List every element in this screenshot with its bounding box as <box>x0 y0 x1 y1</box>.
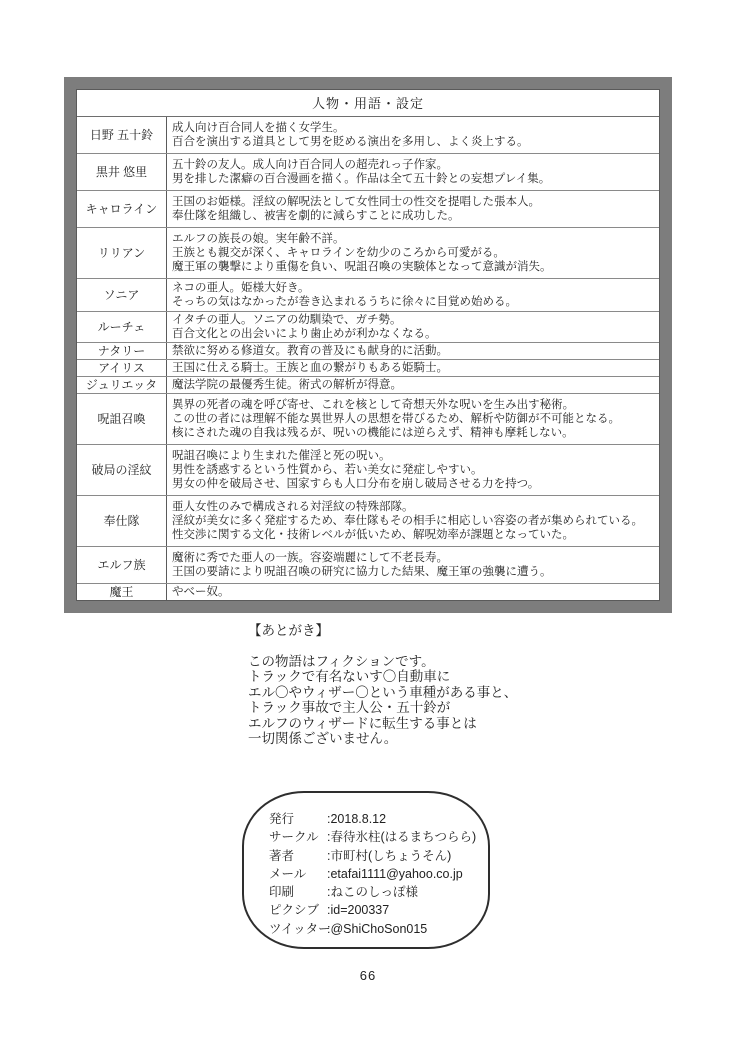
description-text: エルフの族長の娘。実年齢不詳。 王族とも親交が深く、キャロラインを幼少のころから… <box>167 228 554 278</box>
term-cell: キャロライン <box>77 191 167 227</box>
colophon-value: :春待氷柱(はるまちつらら) <box>327 830 476 845</box>
term-cell: ジュリエッタ <box>77 377 167 393</box>
colophon-label: ピクシブ <box>269 903 319 918</box>
glossary-table: 人物・用語・設定 日野 五十鈴 成人向け百合同人を描く女学生。 百合を演出する道… <box>76 89 660 601</box>
table-row: ナタリー 禁欲に努める修道女。教育の普及にも献身的に活動。 <box>77 343 659 360</box>
table-header: 人物・用語・設定 <box>77 90 659 117</box>
description-text: 王国に仕える騎士。王族と血の繋がりもある姫騎士。 <box>167 360 450 376</box>
term-cell: ルーチェ <box>77 312 167 342</box>
description-cell: 呪詛召喚により生まれた催淫と死の呪い。 男性を誘惑するという性質から、若い美女に… <box>167 445 659 495</box>
description-cell: イタチの亜人。ソニアの幼馴染で、ガチ勢。 百合文化との出会いにより歯止めが利かな… <box>167 312 659 342</box>
description-text: やべー奴。 <box>167 584 232 600</box>
description-text: 禁欲に努める修道女。教育の普及にも献身的に活動。 <box>167 343 450 359</box>
colophon-label: 印刷 <box>269 885 294 900</box>
page-number: 66 <box>0 968 736 983</box>
colophon-oval: 発行 :2018.8.12 サークル :春待氷柱(はるまちつらら) 著者 :市町… <box>242 791 490 949</box>
afterword-body: この物語はフィクションです。 トラックで有名ないす〇自動車に エル〇やウィザー〇… <box>248 654 517 747</box>
description-text: 亜人女性のみで構成される対淫紋の特殊部隊。 淫紋が美女に多く発症するため、奉仕隊… <box>167 496 645 546</box>
description-cell: 魔法学院の最優秀生徒。術式の解析が得意。 <box>167 377 659 393</box>
term-cell: 奉仕隊 <box>77 496 167 546</box>
glossary-table-frame: 人物・用語・設定 日野 五十鈴 成人向け百合同人を描く女学生。 百合を演出する道… <box>64 77 672 613</box>
colophon-value: :2018.8.12 <box>327 812 386 827</box>
colophon-entry: ピクシブ :id=200337 <box>269 903 488 921</box>
description-text: 呪詛召喚により生まれた催淫と死の呪い。 男性を誘惑するという性質から、若い美女に… <box>167 445 541 495</box>
description-cell: 亜人女性のみで構成される対淫紋の特殊部隊。 淫紋が美女に多く発症するため、奉仕隊… <box>167 496 659 546</box>
colophon-entry: メール :etafai1111@yahoo.co.jp <box>269 867 488 885</box>
description-text: 魔法学院の最優秀生徒。術式の解析が得意。 <box>167 377 404 393</box>
description-cell: エルフの族長の娘。実年齢不詳。 王族とも親交が深く、キャロラインを幼少のころから… <box>167 228 659 278</box>
description-cell: 五十鈴の友人。成人向け百合同人の超売れっ子作家。 男を排した潔癖の百合漫画を描く… <box>167 154 659 190</box>
description-cell: 異界の死者の魂を呼び寄せ、これを核として奇想天外な呪いを生み出す秘術。 この世の… <box>167 394 659 444</box>
description-cell: 成人向け百合同人を描く女学生。 百合を演出する道具として男を貶める演出を多用し、… <box>167 117 659 153</box>
table-row: ソニア ネコの亜人。姫様大好き。 そっちの気はなかったが巻き込まれるうちに徐々に… <box>77 279 659 312</box>
table-row: エルフ族 魔術に秀でた亜人の一族。容姿端麗にして不老長寿。 王国の要請により呪詛… <box>77 547 659 584</box>
table-row: キャロライン 王国のお姫様。淫紋の解呪法として女性同士の性交を提唱した張本人。 … <box>77 191 659 228</box>
table-row: ジュリエッタ 魔法学院の最優秀生徒。術式の解析が得意。 <box>77 377 659 394</box>
description-cell: やべー奴。 <box>167 584 659 600</box>
colophon-entry: 著者 :市町村(しちょうそん) <box>269 849 488 867</box>
table-row: 黒井 悠里 五十鈴の友人。成人向け百合同人の超売れっ子作家。 男を排した潔癖の百… <box>77 154 659 191</box>
colophon-label: 著者 <box>269 849 294 864</box>
description-cell: 王国に仕える騎士。王族と血の繋がりもある姫騎士。 <box>167 360 659 376</box>
description-text: 異界の死者の魂を呼び寄せ、これを核として奇想天外な呪いを生み出す秘術。 この世の… <box>167 394 622 444</box>
term-cell: エルフ族 <box>77 547 167 583</box>
table-row: 奉仕隊 亜人女性のみで構成される対淫紋の特殊部隊。 淫紋が美女に多く発症するため… <box>77 496 659 547</box>
description-cell: 禁欲に努める修道女。教育の普及にも献身的に活動。 <box>167 343 659 359</box>
description-cell: ネコの亜人。姫様大好き。 そっちの気はなかったが巻き込まれるうちに徐々に目覚め始… <box>167 279 659 311</box>
colophon-entry: 発行 :2018.8.12 <box>269 812 488 830</box>
description-text: 五十鈴の友人。成人向け百合同人の超売れっ子作家。 男を排した潔癖の百合漫画を描く… <box>167 154 552 190</box>
colophon-entry: 印刷 :ねこのしっぽ様 <box>269 885 488 903</box>
term-cell: 破局の淫紋 <box>77 445 167 495</box>
term-cell: ナタリー <box>77 343 167 359</box>
description-cell: 魔術に秀でた亜人の一族。容姿端麗にして不老長寿。 王国の要請により呪詛召喚の研究… <box>167 547 659 583</box>
description-cell: 王国のお姫様。淫紋の解呪法として女性同士の性交を提唱した張本人。 奉仕隊を組織し… <box>167 191 659 227</box>
term-cell: 呪詛召喚 <box>77 394 167 444</box>
table-row: 呪詛召喚 異界の死者の魂を呼び寄せ、これを核として奇想天外な呪いを生み出す秘術。… <box>77 394 659 445</box>
colophon-value: :id=200337 <box>327 903 389 918</box>
afterword-title: 【あとがき】 <box>248 623 517 639</box>
document-page: 人物・用語・設定 日野 五十鈴 成人向け百合同人を描く女学生。 百合を演出する道… <box>0 0 736 1040</box>
colophon-entry: ツイッター :@ShiChoSon015 <box>269 922 488 940</box>
table-row: 魔王 やべー奴。 <box>77 584 659 600</box>
term-cell: 魔王 <box>77 584 167 600</box>
table-row: ルーチェ イタチの亜人。ソニアの幼馴染で、ガチ勢。 百合文化との出会いにより歯止… <box>77 312 659 343</box>
colophon-entry: サークル :春待氷柱(はるまちつらら) <box>269 830 488 848</box>
colophon-value: :@ShiChoSon015 <box>327 922 427 937</box>
table-row: アイリス 王国に仕える騎士。王族と血の繋がりもある姫騎士。 <box>77 360 659 377</box>
colophon-label: 発行 <box>269 812 294 827</box>
description-text: 王国のお姫様。淫紋の解呪法として女性同士の性交を提唱した張本人。 奉仕隊を組織し… <box>167 191 542 227</box>
term-cell: 黒井 悠里 <box>77 154 167 190</box>
colophon-label: サークル <box>269 830 319 845</box>
description-text: イタチの亜人。ソニアの幼馴染で、ガチ勢。 百合文化との出会いにより歯止めが利かな… <box>167 312 439 342</box>
table-row: リリアン エルフの族長の娘。実年齢不詳。 王族とも親交が深く、キャロラインを幼少… <box>77 228 659 279</box>
term-cell: 日野 五十鈴 <box>77 117 167 153</box>
colophon-value: :etafai1111@yahoo.co.jp <box>327 867 463 882</box>
term-cell: ソニア <box>77 279 167 311</box>
description-text: 成人向け百合同人を描く女学生。 百合を演出する道具として男を貶める演出を多用し、… <box>167 117 531 153</box>
term-cell: リリアン <box>77 228 167 278</box>
colophon-value: :ねこのしっぽ様 <box>327 885 418 900</box>
colophon-value: :市町村(しちょうそん) <box>327 849 451 864</box>
description-text: 魔術に秀でた亜人の一族。容姿端麗にして不老長寿。 王国の要請により呪詛召喚の研究… <box>167 547 554 583</box>
afterword-section: 【あとがき】 この物語はフィクションです。 トラックで有名ないす〇自動車に エル… <box>248 623 517 747</box>
description-text: ネコの亜人。姫様大好き。 そっちの気はなかったが巻き込まれるうちに徐々に目覚め始… <box>167 279 519 311</box>
table-body: 日野 五十鈴 成人向け百合同人を描く女学生。 百合を演出する道具として男を貶める… <box>77 117 659 600</box>
colophon-label: メール <box>269 867 306 882</box>
colophon-label: ツイッター <box>269 922 331 937</box>
table-row: 日野 五十鈴 成人向け百合同人を描く女学生。 百合を演出する道具として男を貶める… <box>77 117 659 154</box>
table-row: 破局の淫紋 呪詛召喚により生まれた催淫と死の呪い。 男性を誘惑するという性質から… <box>77 445 659 496</box>
term-cell: アイリス <box>77 360 167 376</box>
